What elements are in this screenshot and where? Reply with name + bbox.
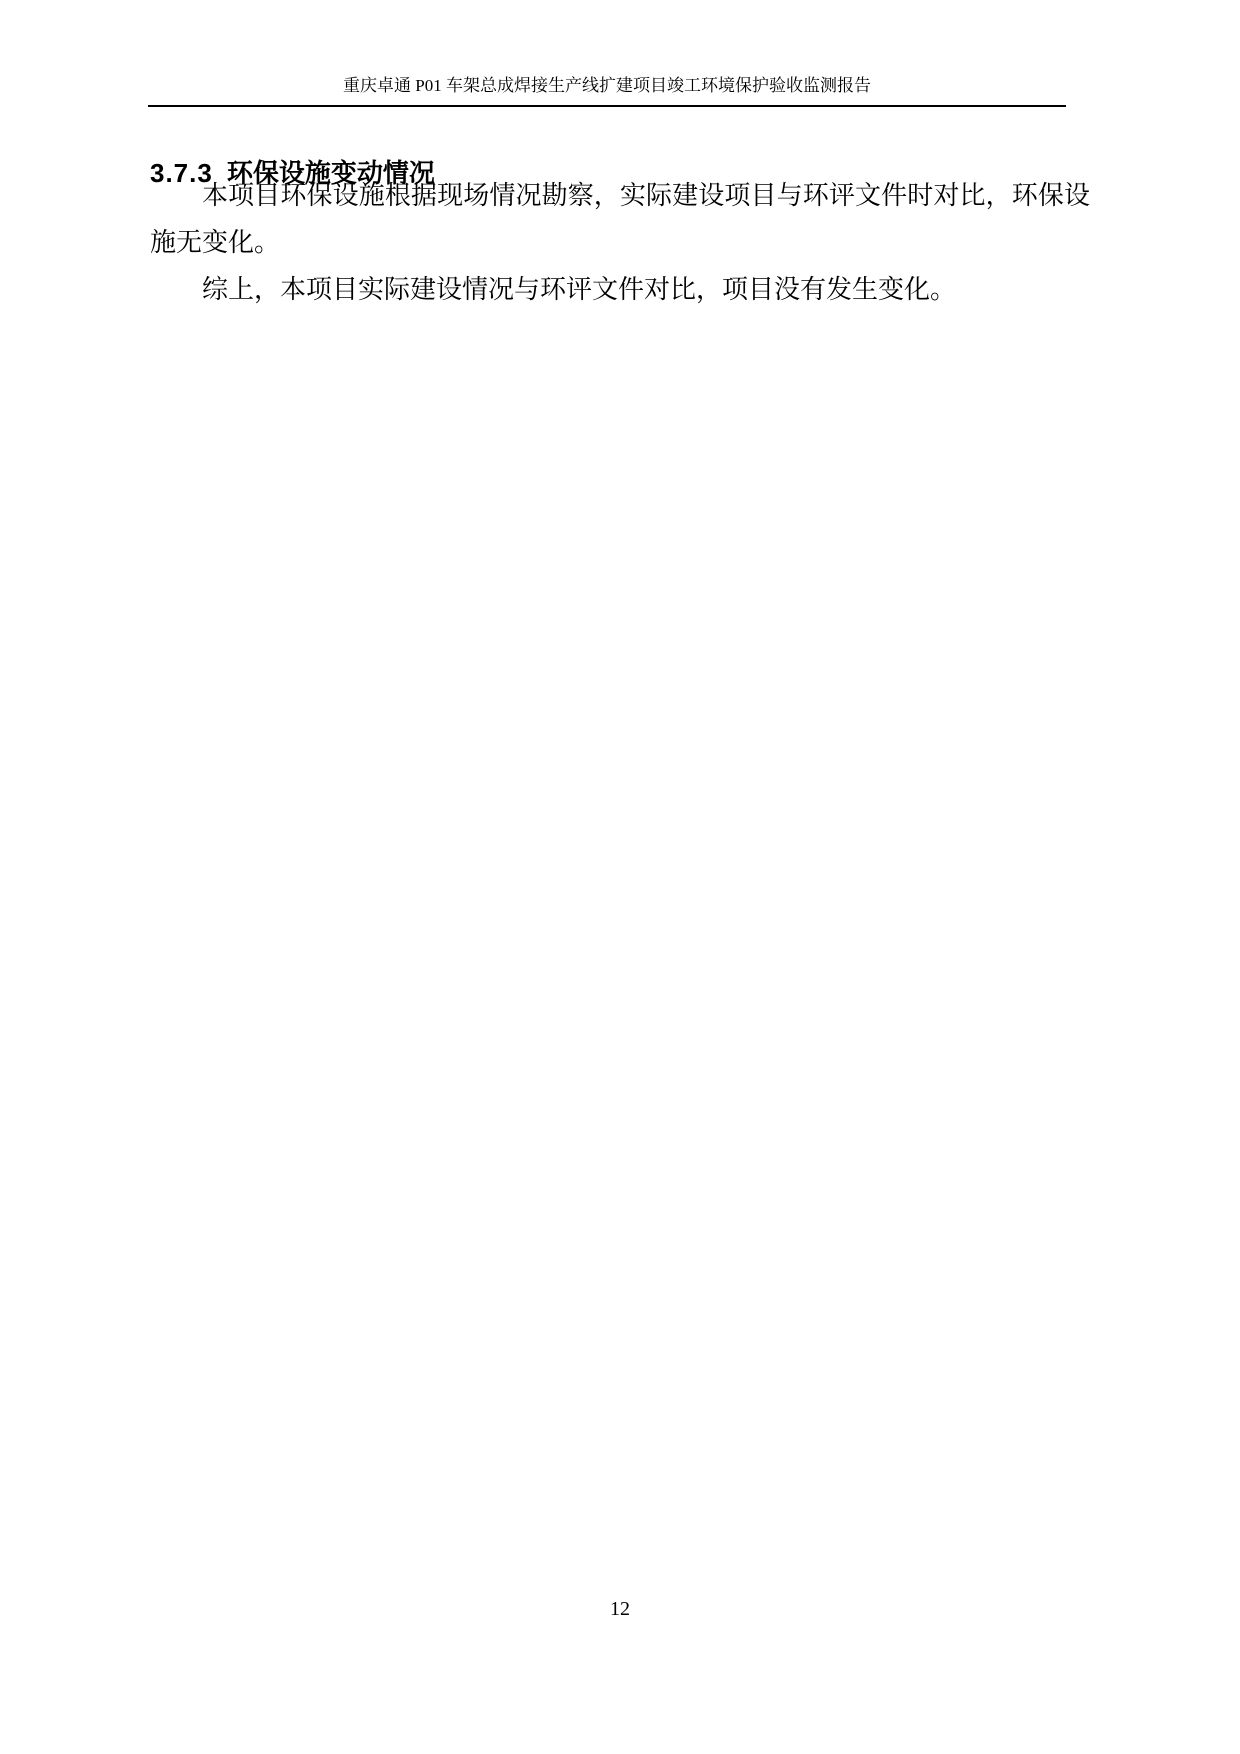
page-footer: 12	[0, 1595, 1240, 1623]
page-header: 重庆卓通 P01 车架总成焊接生产线扩建项目竣工环境保护验收监测报告	[148, 74, 1066, 107]
page-number: 12	[610, 1598, 630, 1620]
document-page: 重庆卓通 P01 车架总成焊接生产线扩建项目竣工环境保护验收监测报告 3.7.3…	[0, 0, 1240, 1754]
body-paragraph: 本项目环保设施根据现场情况勘察，实际建设项目与环评文件时对比，环保设施无变化。	[150, 172, 1090, 266]
header-title: 重庆卓通 P01 车架总成焊接生产线扩建项目竣工环境保护验收监测报告	[343, 76, 871, 95]
body-paragraph: 综上，本项目实际建设情况与环评文件对比，项目没有发生变化。	[150, 266, 1090, 313]
document-body: 本项目环保设施根据现场情况勘察，实际建设项目与环评文件时对比，环保设施无变化。 …	[150, 172, 1090, 313]
